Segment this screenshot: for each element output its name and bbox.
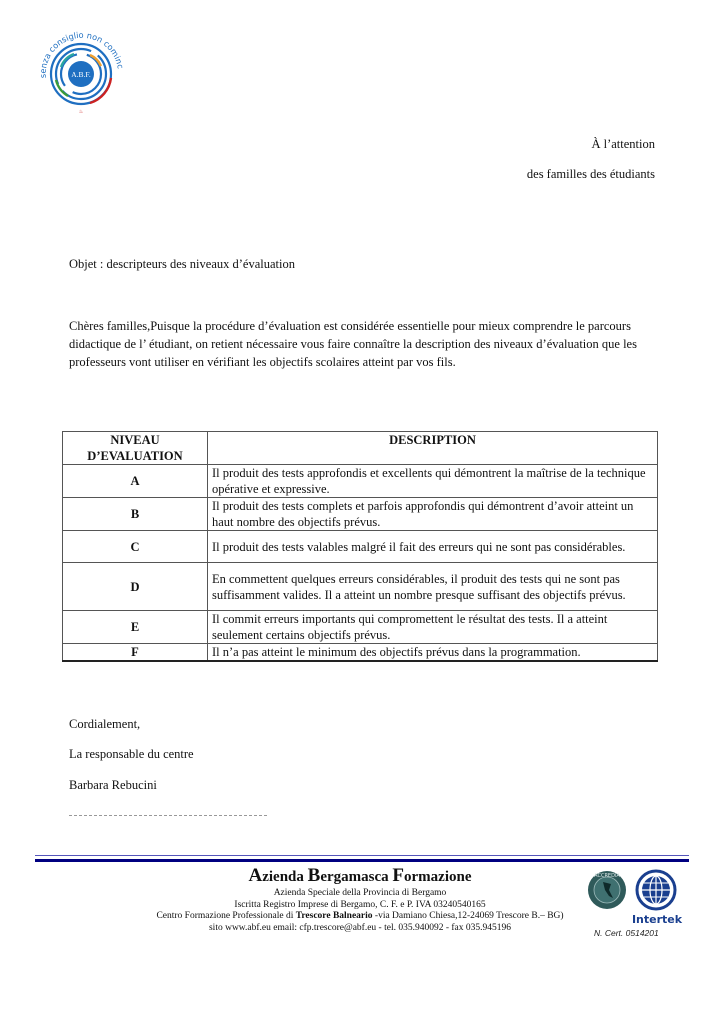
table-row: A Il produit des tests approfondis et ex… (63, 465, 658, 498)
logo-initials: A.B.F. (71, 70, 91, 79)
closing-greeting: Cordialement, (69, 717, 140, 732)
table-row: E Il commit erreurs importants qui compr… (63, 611, 658, 644)
description-cell: Il commit erreurs importants qui comprom… (208, 611, 658, 644)
level-cell: D (63, 563, 208, 611)
addressee-line-2: des familles des étudiants (527, 167, 655, 182)
letterhead-footer: Azienda Bergamasca Formazione Azienda Sp… (140, 865, 580, 934)
footer-line-3: Centro Formazione Professionale di Tresc… (140, 911, 580, 923)
level-cell: A (63, 465, 208, 498)
signature-line (69, 815, 267, 816)
level-cell: E (63, 611, 208, 644)
letter-subject: Objet : descripteurs des niveaux d’évalu… (69, 257, 295, 272)
letter-body: Chères familles,Puisque la procédure d’é… (69, 317, 659, 371)
description-cell: Il produit des tests approfondis et exce… (208, 465, 658, 498)
table-row: C Il produit des tests valables malgré i… (63, 531, 658, 563)
abf-logo: senza consiglio non cominciar l'impresa … (34, 22, 128, 116)
signatory-name: Barbara Rebucini (69, 778, 157, 793)
svg-text:ACCREDIA: ACCREDIA (594, 873, 620, 879)
table-row: D En commettent quelques erreurs considé… (63, 563, 658, 611)
company-name: Azienda Bergamasca Formazione (140, 865, 580, 888)
header-level: NIVEAU D’EVALUATION (63, 432, 208, 465)
description-cell: Il produit des tests valables malgré il … (208, 531, 658, 563)
level-cell: F (63, 644, 208, 662)
accredia-logo: ACCREDIA (588, 871, 626, 909)
table-row: F Il n’a pas atteint le minimum des obje… (63, 644, 658, 662)
description-cell: Il n’a pas atteint le minimum des object… (208, 644, 658, 662)
description-cell: En commettent quelques erreurs considéra… (208, 563, 658, 611)
footer-rule-thick (35, 859, 689, 862)
svg-text:♨: ♨ (79, 109, 83, 115)
level-cell: B (63, 498, 208, 531)
certification-number: N. Cert. 0514201 (594, 928, 659, 938)
header-description: DESCRIPTION (208, 432, 658, 465)
table-header-row: NIVEAU D’EVALUATION DESCRIPTION (63, 432, 658, 465)
evaluation-levels-table: NIVEAU D’EVALUATION DESCRIPTION A Il pro… (62, 431, 658, 662)
footer-line-1: Azienda Speciale della Provincia di Berg… (140, 888, 580, 900)
svg-text:Intertek: Intertek (632, 913, 683, 926)
closing-role: La responsable du centre (69, 747, 194, 762)
footer-line-2: Iscritta Registro Imprese di Bergamo, C.… (140, 900, 580, 912)
description-cell: Il produit des tests complets et parfois… (208, 498, 658, 531)
addressee-line-1: À l’attention (591, 137, 655, 152)
table-row: B Il produit des tests complets et parfo… (63, 498, 658, 531)
footer-line-4: sito www.abf.eu email: cfp.trescore@abf.… (140, 923, 580, 935)
footer-rule-thin (35, 855, 689, 856)
level-cell: C (63, 531, 208, 563)
intertek-logo: Intertek (632, 871, 683, 926)
